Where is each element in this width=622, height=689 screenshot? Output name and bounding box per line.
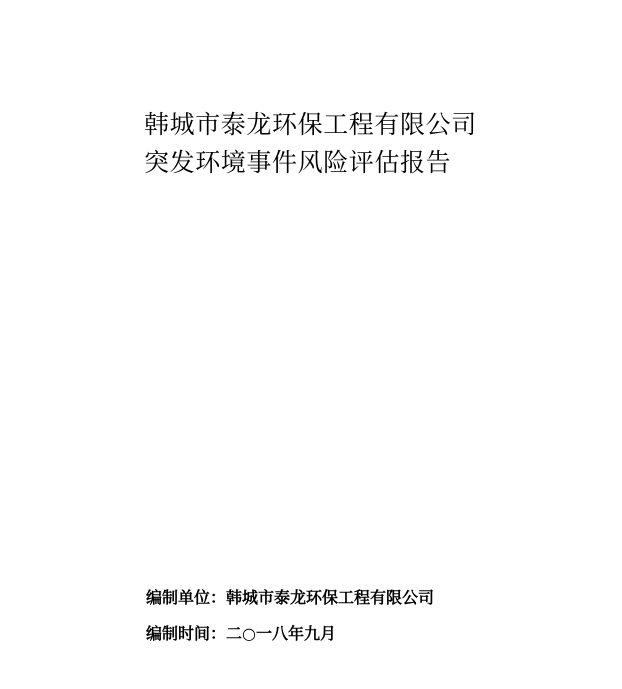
- prepared-date-line: 编制时间：二○一八年九月: [146, 616, 434, 652]
- prepared-by-line: 编制单位：韩城市泰龙环保工程有限公司: [146, 580, 434, 616]
- report-title: 韩城市泰龙环保工程有限公司 突发环境事件风险评估报告: [144, 106, 477, 182]
- title-company-name: 韩城市泰龙环保工程有限公司: [144, 106, 477, 144]
- prepared-date-label: 编制时间：: [146, 624, 226, 643]
- prepared-date-value: 二○一八年九月: [226, 624, 336, 643]
- prepared-by-value: 韩城市泰龙环保工程有限公司: [226, 588, 434, 607]
- title-report-name: 突发环境事件风险评估报告: [144, 144, 477, 182]
- report-meta: 编制单位：韩城市泰龙环保工程有限公司 编制时间：二○一八年九月: [146, 580, 434, 652]
- prepared-by-label: 编制单位：: [146, 588, 226, 607]
